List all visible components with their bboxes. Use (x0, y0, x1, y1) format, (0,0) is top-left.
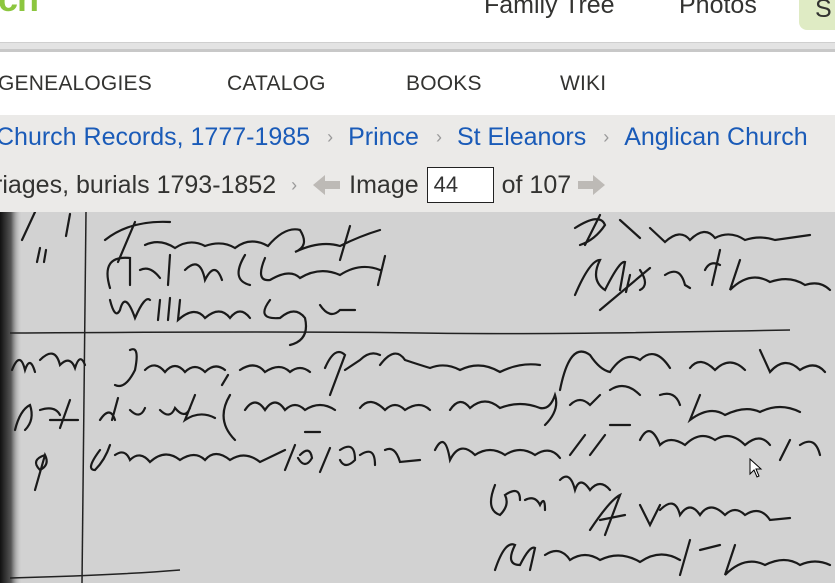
search-button[interactable]: S (799, 0, 835, 30)
record-scan-image (0, 212, 835, 583)
search-button-label: S (815, 0, 832, 23)
image-label: Image (349, 171, 418, 200)
nav-books[interactable]: BOOKS (406, 72, 482, 96)
nav-genealogies[interactable]: GENEALOGIES (0, 72, 152, 96)
breadcrumb: Church Records, 1777-1985 › Prince › St … (0, 123, 808, 152)
breadcrumb-image-row: riages, burials 1793-1852 › Image of 107 (0, 167, 609, 203)
nav-photos[interactable]: Photos (679, 0, 757, 20)
arrow-left-icon[interactable] (313, 174, 341, 196)
chevron-right-icon: › (603, 127, 609, 148)
nav-wiki[interactable]: WIKI (560, 72, 606, 96)
breadcrumb-area: Church Records, 1777-1985 › Prince › St … (0, 115, 835, 212)
arrow-right-icon[interactable] (577, 174, 605, 196)
page-total: of 107 (502, 171, 572, 200)
breadcrumb-prince[interactable]: Prince (348, 123, 419, 152)
chevron-right-icon: › (436, 127, 442, 148)
page-number-input[interactable] (427, 167, 494, 203)
header-divider (0, 42, 835, 52)
breadcrumb-anglican-church[interactable]: Anglican Church (624, 123, 807, 152)
chevron-right-icon: › (327, 127, 333, 148)
chevron-right-icon: › (291, 175, 297, 196)
image-viewer[interactable] (0, 212, 835, 583)
site-logo[interactable]: ch (0, 0, 38, 20)
breadcrumb-st-eleanors[interactable]: St Eleanors (457, 123, 586, 152)
nav-catalog[interactable]: CATALOG (227, 72, 326, 96)
breadcrumb-church-records[interactable]: Church Records, 1777-1985 (0, 123, 310, 152)
nav-family-tree[interactable]: Family Tree (484, 0, 615, 20)
secondary-nav: GENEALOGIES CATALOG BOOKS WIKI (0, 52, 835, 115)
breadcrumb-record-set: riages, burials 1793-1852 (0, 171, 276, 200)
top-header: ch Family Tree Photos S (0, 0, 835, 42)
